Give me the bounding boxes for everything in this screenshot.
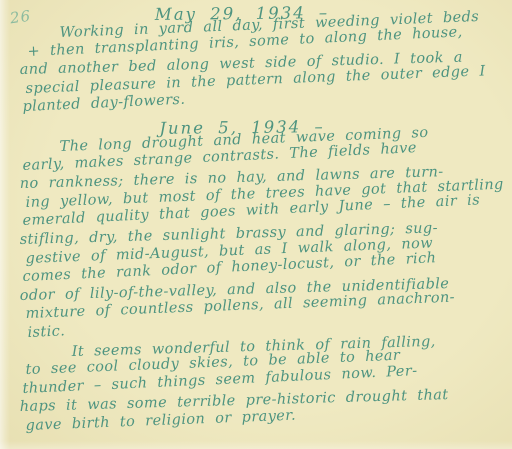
handwritten-text-block: May 29, 1934 – Working in yard all day, …	[20, 3, 500, 435]
diary-page-scan: 26 May 29, 1934 – Working in yard all da…	[0, 0, 512, 449]
diary-entry-may-29: May 29, 1934 – Working in yard all day, …	[20, 3, 500, 117]
diary-entry-june-5: June 5, 1934 – The long drought and heat…	[20, 117, 500, 436]
